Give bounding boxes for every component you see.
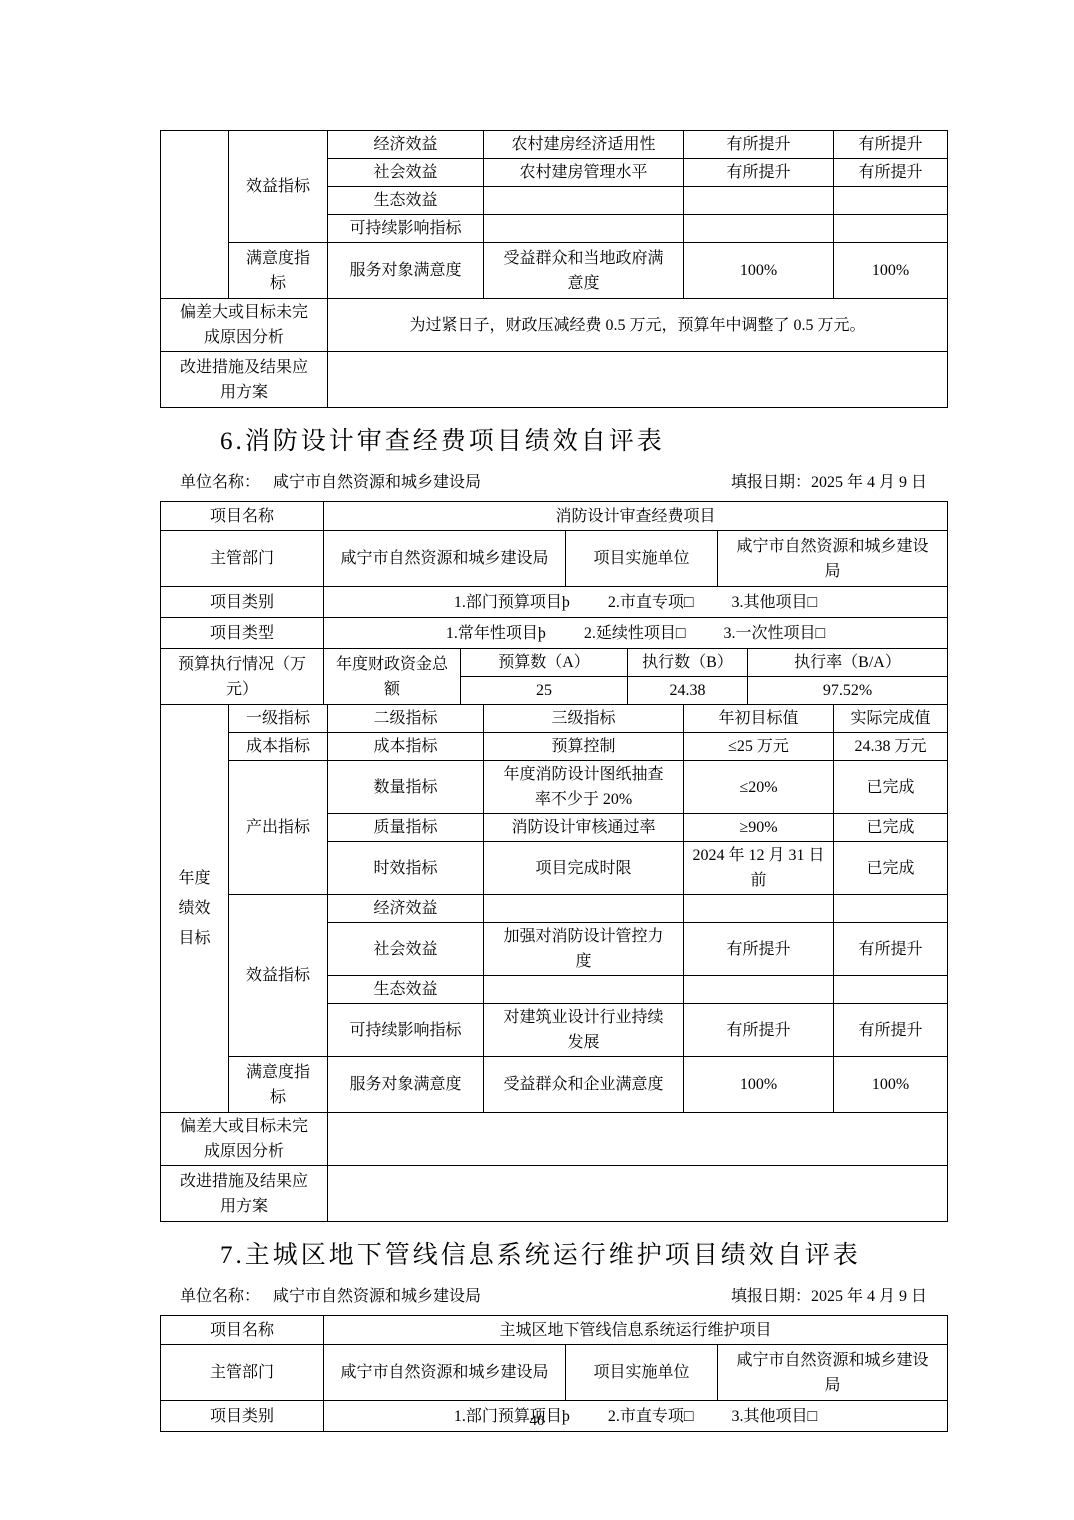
level3-indicator-cell: 预算控制 [484,733,684,761]
document-page: 效益指标 经济效益 农村建房经济适用性 有所提升 有所提升 社会效益 农村建房管… [0,0,1074,1520]
carryover-indicator-table: 效益指标 经济效益 农村建房经济适用性 有所提升 有所提升 社会效益 农村建房管… [160,130,948,408]
actual-value-cell: 有所提升 [834,159,948,187]
actual-value-cell [834,215,948,243]
side-spacer-cell [161,131,229,299]
target-header-cell: 年初目标值 [684,705,834,733]
type-option: 2.延续性项目□ [584,621,686,646]
exec-b-value-cell: 24.38 [628,677,748,705]
satisfaction-group-label-cell: 满意度指标 [229,1057,328,1113]
target-value-cell: 有所提升 [684,923,834,976]
actual-value-cell: 有所提升 [834,1004,948,1057]
deviation-value-cell [328,1113,948,1166]
target-value-cell: 100% [684,243,834,299]
level3-indicator-cell: 农村建房经济适用性 [484,131,684,159]
section7-unit-line: 单位名称：咸宁市自然资源和城乡建设局 填报日期：2025 年 4 月 9 日 [180,1286,927,1308]
output-group-label-cell: 产出指标 [229,761,328,895]
deviation-value-cell: 为过紧日子，财政压减经费 0.5 万元，预算年中调整了 0.5 万元。 [328,299,948,352]
category-option: 2.市直专项□ [608,590,694,615]
dept-label-cell: 主管部门 [161,1345,324,1401]
target-value-cell: ≤25 万元 [684,733,834,761]
type-options-cell: 1.常年性项目þ 2.延续性项目□ 3.一次性项目□ [324,618,948,649]
category-label-cell: 项目类别 [161,587,324,618]
deviation-label-cell: 偏差大或目标未完成原因分析 [161,299,328,352]
improvement-label-cell: 改进措施及结果应用方案 [161,352,328,408]
deviation-label-cell: 偏差大或目标未完成原因分析 [161,1113,328,1166]
project-name-value-cell: 消防设计审查经费项目 [324,502,948,531]
actual-value-cell [834,976,948,1004]
level3-indicator-cell [484,895,684,923]
actual-value-cell: 已完成 [834,761,948,814]
type-option-checked: 1.常年性项目þ [446,621,546,646]
project6-budget-table: 预算执行情况（万元） 年度财政资金总额 预算数（A） 执行数（B） 执行率（B/… [160,648,948,705]
budget-a-value-cell: 25 [461,677,628,705]
level2-indicator-cell: 社会效益 [328,159,484,187]
unit-name-label: 单位名称： [180,1288,260,1305]
dept-value-cell: 咸宁市自然资源和城乡建设局 [324,531,566,587]
type-option: 3.一次性项目□ [724,621,826,646]
section6-unit-line: 单位名称：咸宁市自然资源和城乡建设局 填报日期：2025 年 4 月 9 日 [180,472,927,494]
report-date-value: 2025 年 4 月 9 日 [811,474,927,491]
report-date-label: 填报日期： [731,1288,811,1305]
budget-a-header-cell: 预算数（A） [461,649,628,677]
impl-unit-value-cell: 咸宁市自然资源和城乡建设局 [718,531,948,587]
actual-header-cell: 实际完成值 [834,705,948,733]
section6-title: 6.消防设计审查经费项目绩效自评表 [220,425,949,458]
level2-indicator-cell: 服务对象满意度 [328,243,484,299]
actual-value-cell: 100% [834,1057,948,1113]
unit-name-group: 单位名称：咸宁市自然资源和城乡建设局 [180,472,481,494]
level2-indicator-cell: 可持续影响指标 [328,215,484,243]
unit-name-group: 单位名称：咸宁市自然资源和城乡建设局 [180,1286,481,1308]
level2-indicator-cell: 经济效益 [328,895,484,923]
report-date-group: 填报日期：2025 年 4 月 9 日 [731,472,927,494]
level3-indicator-cell: 消防设计审核通过率 [484,814,684,842]
target-value-cell [684,895,834,923]
dept-label-cell: 主管部门 [161,531,324,587]
benefit-group-label-cell: 效益指标 [229,895,328,1057]
project6-indicator-table: 年度绩效目标 一级指标 二级指标 三级指标 年初目标值 实际完成值 成本指标 成… [160,704,948,1222]
unit-name-value: 咸宁市自然资源和城乡建设局 [273,474,481,491]
page-number: 40 [0,1412,1074,1430]
level2-indicator-cell: 可持续影响指标 [328,1004,484,1057]
impl-unit-label-cell: 项目实施单位 [566,1345,718,1401]
target-value-cell [684,976,834,1004]
project-name-value-cell: 主城区地下管线信息系统运行维护项目 [324,1316,948,1345]
unit-name-label: 单位名称： [180,474,260,491]
actual-value-cell: 有所提升 [834,131,948,159]
target-value-cell: 100% [684,1057,834,1113]
unit-name-value: 咸宁市自然资源和城乡建设局 [273,1288,481,1305]
level3-indicator-cell: 受益群众和企业满意度 [484,1057,684,1113]
target-value-cell: 2024 年 12 月 31 日前 [684,842,834,895]
level2-indicator-cell: 社会效益 [328,923,484,976]
level3-indicator-cell: 受益群众和当地政府满意度 [484,243,684,299]
target-value-cell: 有所提升 [684,131,834,159]
target-value-cell [684,187,834,215]
level2-indicator-cell: 时效指标 [328,842,484,895]
rate-ba-header-cell: 执行率（B/A） [748,649,948,677]
impl-unit-label-cell: 项目实施单位 [566,531,718,587]
level3-indicator-cell: 加强对消防设计管控力度 [484,923,684,976]
report-date-label: 填报日期： [731,474,811,491]
category-option-checked: 1.部门预算项目þ [454,590,570,615]
report-date-group: 填报日期：2025 年 4 月 9 日 [731,1286,927,1308]
actual-value-cell: 有所提升 [834,923,948,976]
level3-indicator-cell: 对建筑业设计行业持续发展 [484,1004,684,1057]
actual-value-cell: 24.38 万元 [834,733,948,761]
annual-performance-goal-cell: 年度绩效目标 [161,705,229,1113]
level2-indicator-cell: 数量指标 [328,761,484,814]
level3-indicator-cell: 项目完成时限 [484,842,684,895]
improvement-label-cell: 改进措施及结果应用方案 [161,1166,328,1222]
level2-indicator-cell: 经济效益 [328,131,484,159]
level3-indicator-cell: 农村建房管理水平 [484,159,684,187]
project6-head-table: 项目名称 消防设计审查经费项目 主管部门 咸宁市自然资源和城乡建设局 项目实施单… [160,501,948,649]
type-label-cell: 项目类型 [161,618,324,649]
actual-value-cell [834,895,948,923]
target-value-cell: ≥90% [684,814,834,842]
target-value-cell: 有所提升 [684,1004,834,1057]
report-date-value: 2025 年 4 月 9 日 [811,1288,927,1305]
exec-b-header-cell: 执行数（B） [628,649,748,677]
actual-value-cell: 已完成 [834,842,948,895]
level1-header-cell: 一级指标 [229,705,328,733]
annual-funds-label-cell: 年度财政资金总额 [324,649,461,705]
category-option: 3.其他项目□ [732,590,818,615]
level2-indicator-cell: 服务对象满意度 [328,1057,484,1113]
level3-indicator-cell: 年度消防设计图纸抽查率不少于 20% [484,761,684,814]
level2-indicator-cell: 成本指标 [328,733,484,761]
level3-indicator-cell [484,976,684,1004]
level2-header-cell: 二级指标 [328,705,484,733]
level3-indicator-cell [484,215,684,243]
level2-indicator-cell: 生态效益 [328,187,484,215]
target-value-cell [684,215,834,243]
project-name-label-cell: 项目名称 [161,502,324,531]
level2-indicator-cell: 质量指标 [328,814,484,842]
level3-indicator-cell [484,187,684,215]
actual-value-cell [834,187,948,215]
level2-indicator-cell: 生态效益 [328,976,484,1004]
satisfaction-group-label-cell: 满意度指标 [229,243,328,299]
benefit-group-label-cell: 效益指标 [229,131,328,243]
impl-unit-value-cell: 咸宁市自然资源和城乡建设局 [718,1345,948,1401]
actual-value-cell: 已完成 [834,814,948,842]
cost-group-label-cell: 成本指标 [229,733,328,761]
category-options-cell: 1.部门预算项目þ 2.市直专项□ 3.其他项目□ [324,587,948,618]
actual-value-cell: 100% [834,243,948,299]
rate-ba-value-cell: 97.52% [748,677,948,705]
budget-exec-label-cell: 预算执行情况（万元） [161,649,324,705]
page-content: 效益指标 经济效益 农村建房经济适用性 有所提升 有所提升 社会效益 农村建房管… [160,130,949,1432]
improvement-value-cell [328,352,948,408]
project-name-label-cell: 项目名称 [161,1316,324,1345]
improvement-value-cell [328,1166,948,1222]
target-value-cell: 有所提升 [684,159,834,187]
dept-value-cell: 咸宁市自然资源和城乡建设局 [324,1345,566,1401]
level3-header-cell: 三级指标 [484,705,684,733]
section7-title: 7.主城区地下管线信息系统运行维护项目绩效自评表 [220,1239,949,1272]
target-value-cell: ≤20% [684,761,834,814]
